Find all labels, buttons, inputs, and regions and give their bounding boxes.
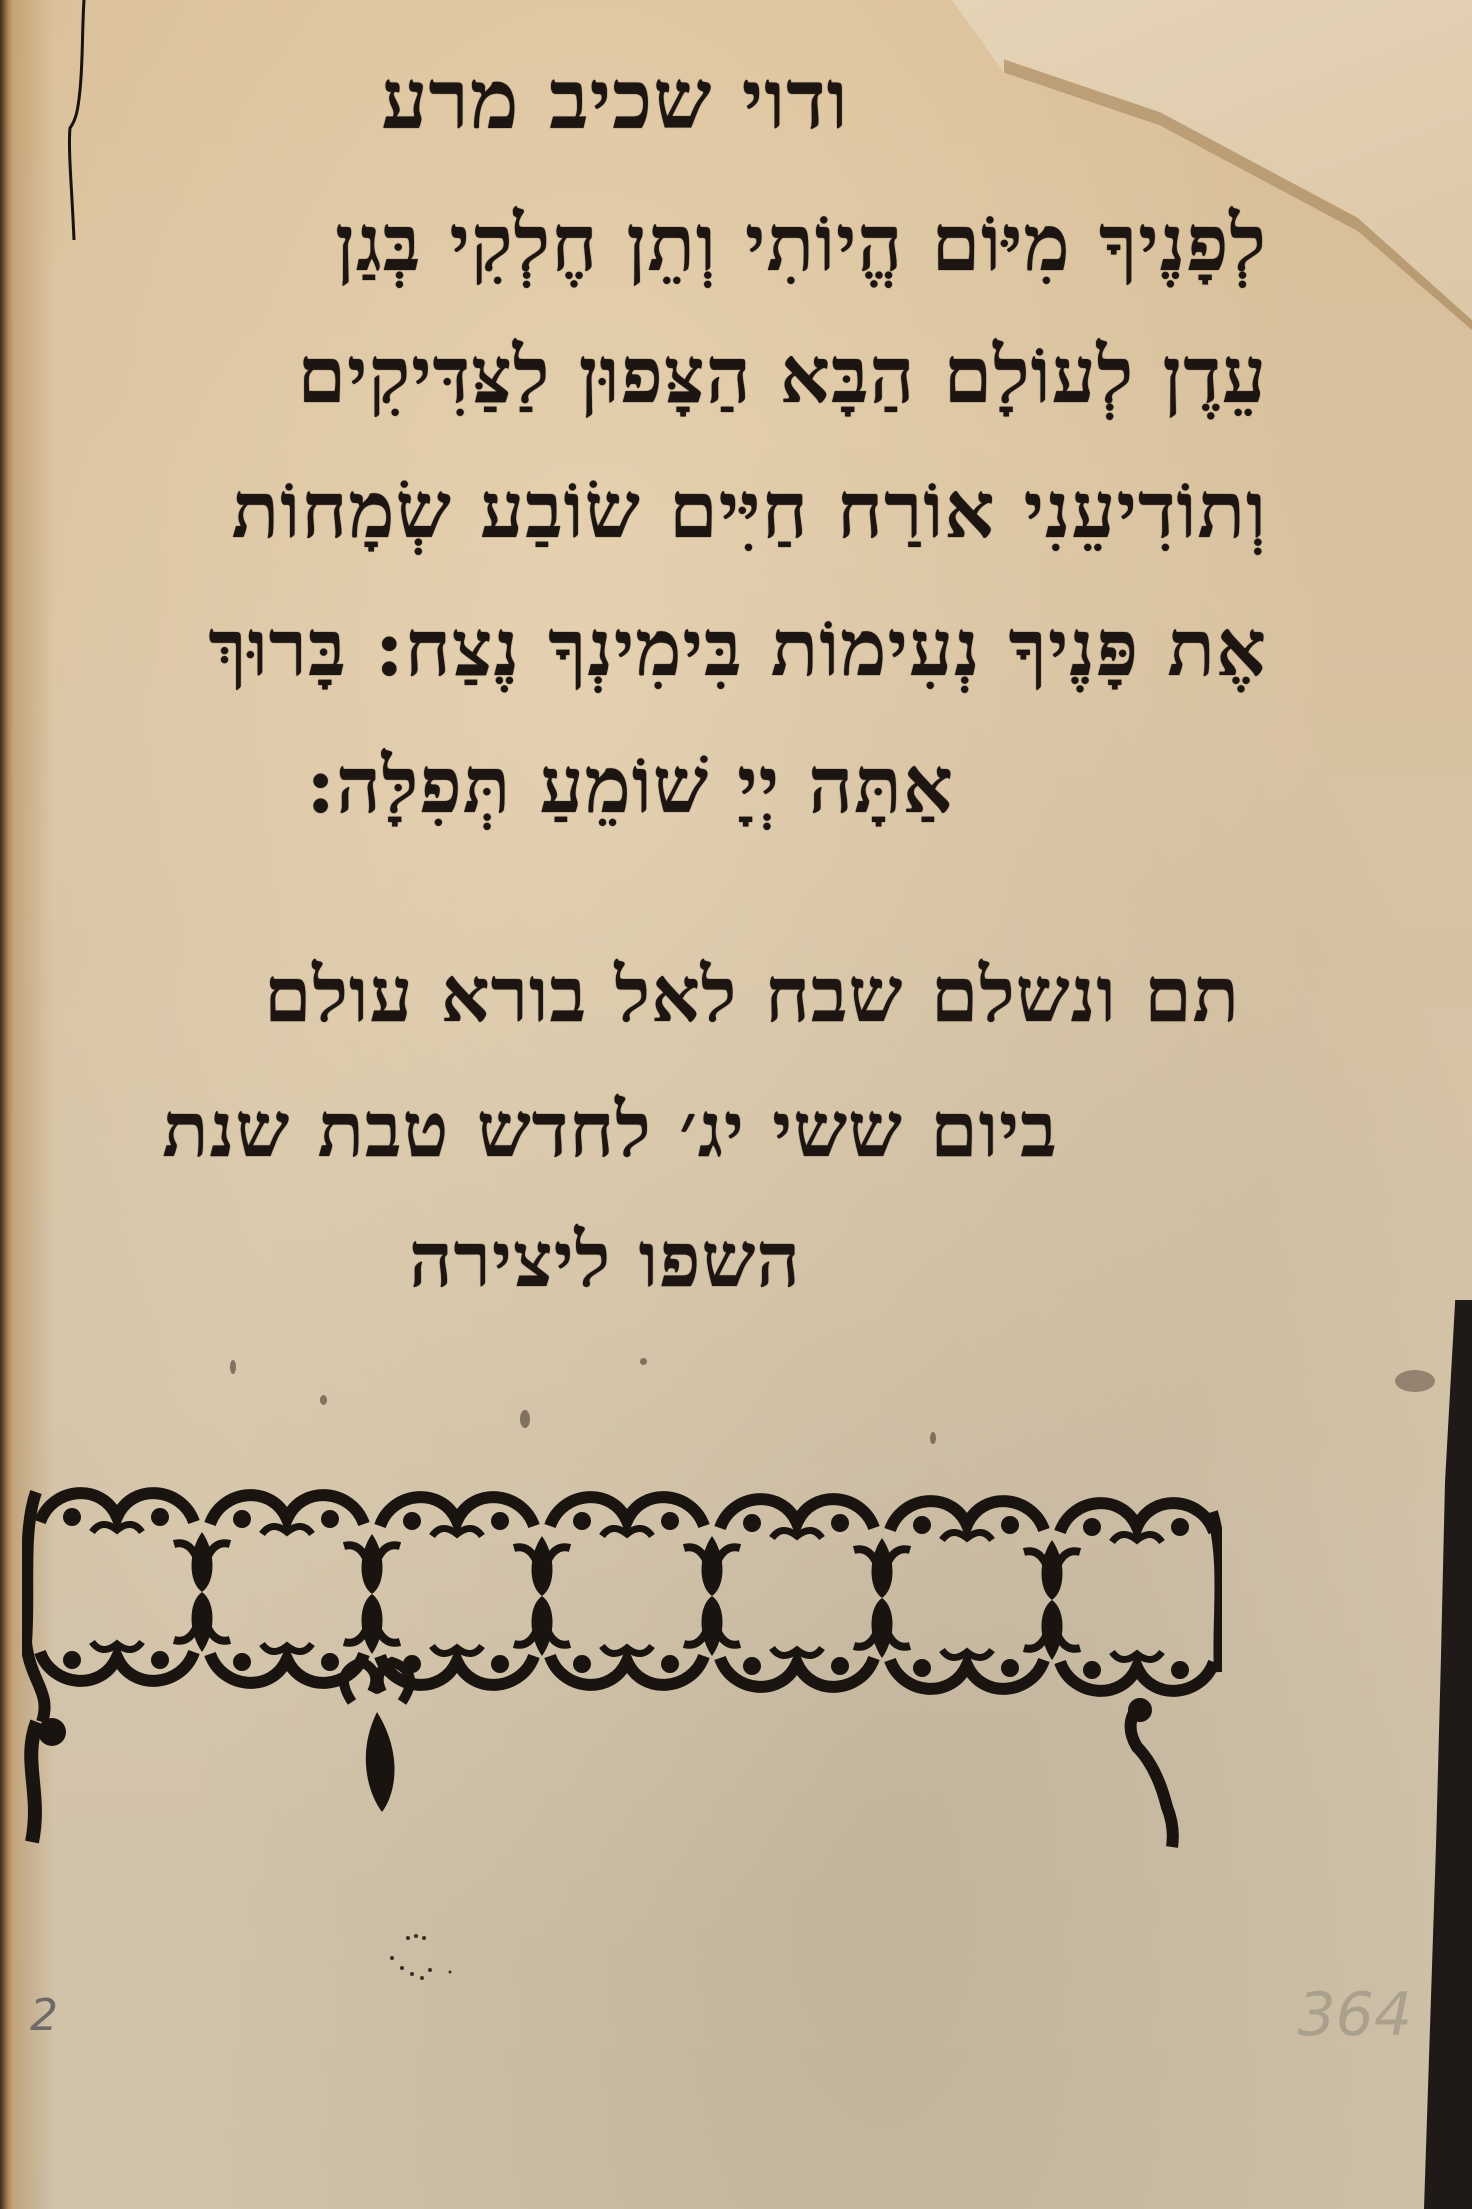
colophon-line-1: תם ונשלם שבח לאל בורא עולם bbox=[264, 950, 1240, 1040]
prayer-line-1: לְפָנֶיךָ מִיּוֹם הֱיוֹתִי וְתֵן חֶלְקִי… bbox=[335, 198, 1267, 289]
prayer-line-2: עֵדֶן לְעוֹלָם הַבָּא הַצָּפוּן לַצַּדִּ… bbox=[297, 330, 1267, 421]
prayer-line-4: אֶת פָּנֶיךָ נְעִימוֹת בִּימִינְךָ נֶצַח… bbox=[209, 603, 1267, 694]
colophon-line-2: ביום ששי יג׳ לחדש טבת שנת bbox=[70, 1085, 1150, 1175]
page-gutter bbox=[0, 0, 14, 2209]
pencil-page-number: 2 bbox=[30, 1990, 58, 2041]
page-heading: ודוי שכיב מרע bbox=[335, 52, 895, 148]
faint-pencil-annotation: 364 bbox=[1297, 1980, 1412, 2050]
prayer-line-5: אַתָּה יְיָ שׁוֹמֵעַ תְּפִלָּה: bbox=[230, 740, 1030, 831]
book-binding-edge bbox=[1412, 1300, 1472, 2209]
ink-speck bbox=[930, 1432, 936, 1444]
ink-speck bbox=[640, 1358, 647, 1365]
colophon-line-3: השפו ליצירה bbox=[355, 1215, 855, 1305]
faint-ink-dots bbox=[380, 1930, 460, 1990]
book-page: ודוי שכיב מרע לְפָנֶיךָ מִיּוֹם הֱיוֹתִי… bbox=[0, 0, 1472, 2209]
paper-crack bbox=[58, 0, 88, 240]
ink-speck bbox=[230, 1360, 236, 1374]
woodcut-ornament-border bbox=[22, 1472, 1222, 1892]
ink-speck bbox=[1395, 1370, 1435, 1392]
ink-speck bbox=[520, 1410, 530, 1428]
prayer-line-3: וְתוֹדִיעֵנִי אוֹרַח חַיִּים שׂוֹבַע שְׂ… bbox=[232, 465, 1267, 556]
ink-speck bbox=[320, 1395, 327, 1405]
